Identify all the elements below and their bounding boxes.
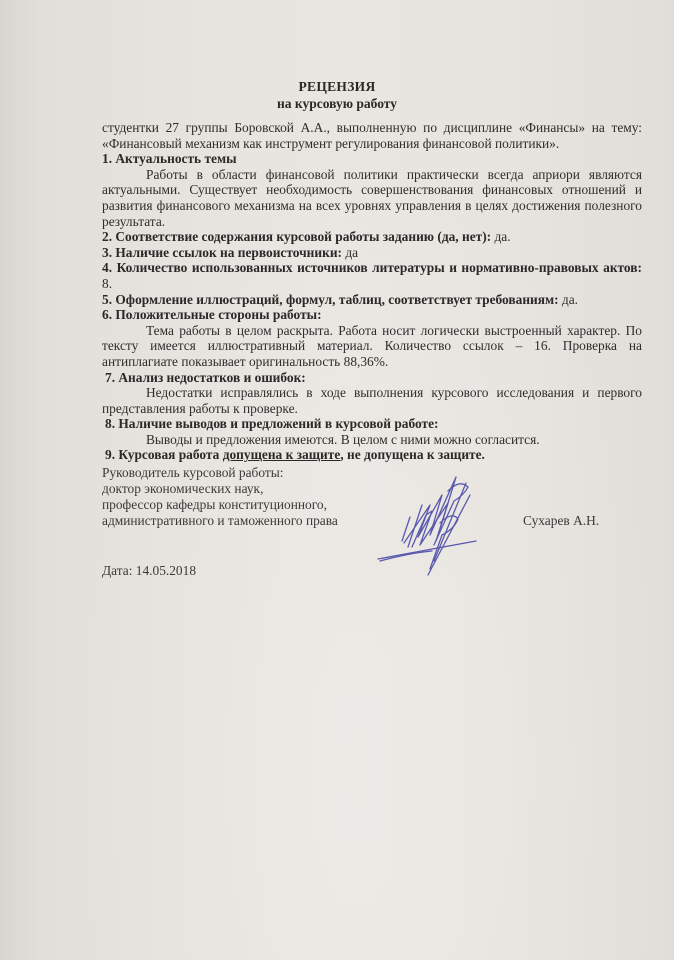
review-date: Дата: 14.05.2018 — [102, 563, 196, 579]
document-page: РЕЦЕНЗИЯ на курсовую работу студентки 27… — [0, 0, 674, 960]
document-subtitle: на курсовую работу — [0, 96, 674, 112]
handwritten-signature-icon — [370, 465, 490, 585]
supervisor-block: Руководитель курсовой работы: доктор эко… — [102, 465, 338, 529]
section-1-heading: 1. Актуальность темы — [102, 151, 642, 167]
section-4: 4. Количество использованных источников … — [102, 260, 642, 291]
document-title: РЕЦЕНЗИЯ — [0, 79, 674, 95]
section-8-text: Выводы и предложения имеются. В целом с … — [102, 432, 642, 448]
review-body: студентки 27 группы Боровской А.А., выпо… — [102, 120, 642, 463]
supervisor-line-3: профессор кафедры конституционного, — [102, 497, 338, 513]
section-9-verdict: 9. Курсовая работа допущена к защите, не… — [102, 447, 642, 463]
section-7-heading: 7. Анализ недостатков и ошибок: — [102, 370, 642, 386]
supervisor-line-1: Руководитель курсовой работы: — [102, 465, 338, 481]
supervisor-line-4: административного и таможенного права — [102, 513, 338, 529]
section-8-heading: 8. Наличие выводов и предложений в курсо… — [102, 416, 642, 432]
section-2: 2. Соответствие содержания курсовой рабо… — [102, 229, 642, 245]
section-5: 5. Оформление иллюстраций, формул, табли… — [102, 292, 642, 308]
section-6-text: Тема работы в целом раскрыта. Работа нос… — [102, 323, 642, 370]
section-3: 3. Наличие ссылок на первоисточники: да — [102, 245, 642, 261]
section-7-text: Недостатки исправлялись в ходе выполнени… — [102, 385, 642, 416]
intro-paragraph: студентки 27 группы Боровской А.А., выпо… — [102, 120, 642, 151]
section-1-text: Работы в области финансовой политики пра… — [102, 167, 642, 229]
verdict-admitted: допущена к защите — [223, 447, 341, 462]
section-6-heading: 6. Положительные стороны работы: — [102, 307, 642, 323]
supervisor-name: Сухарев А.Н. — [523, 513, 599, 529]
supervisor-line-2: доктор экономических наук, — [102, 481, 338, 497]
